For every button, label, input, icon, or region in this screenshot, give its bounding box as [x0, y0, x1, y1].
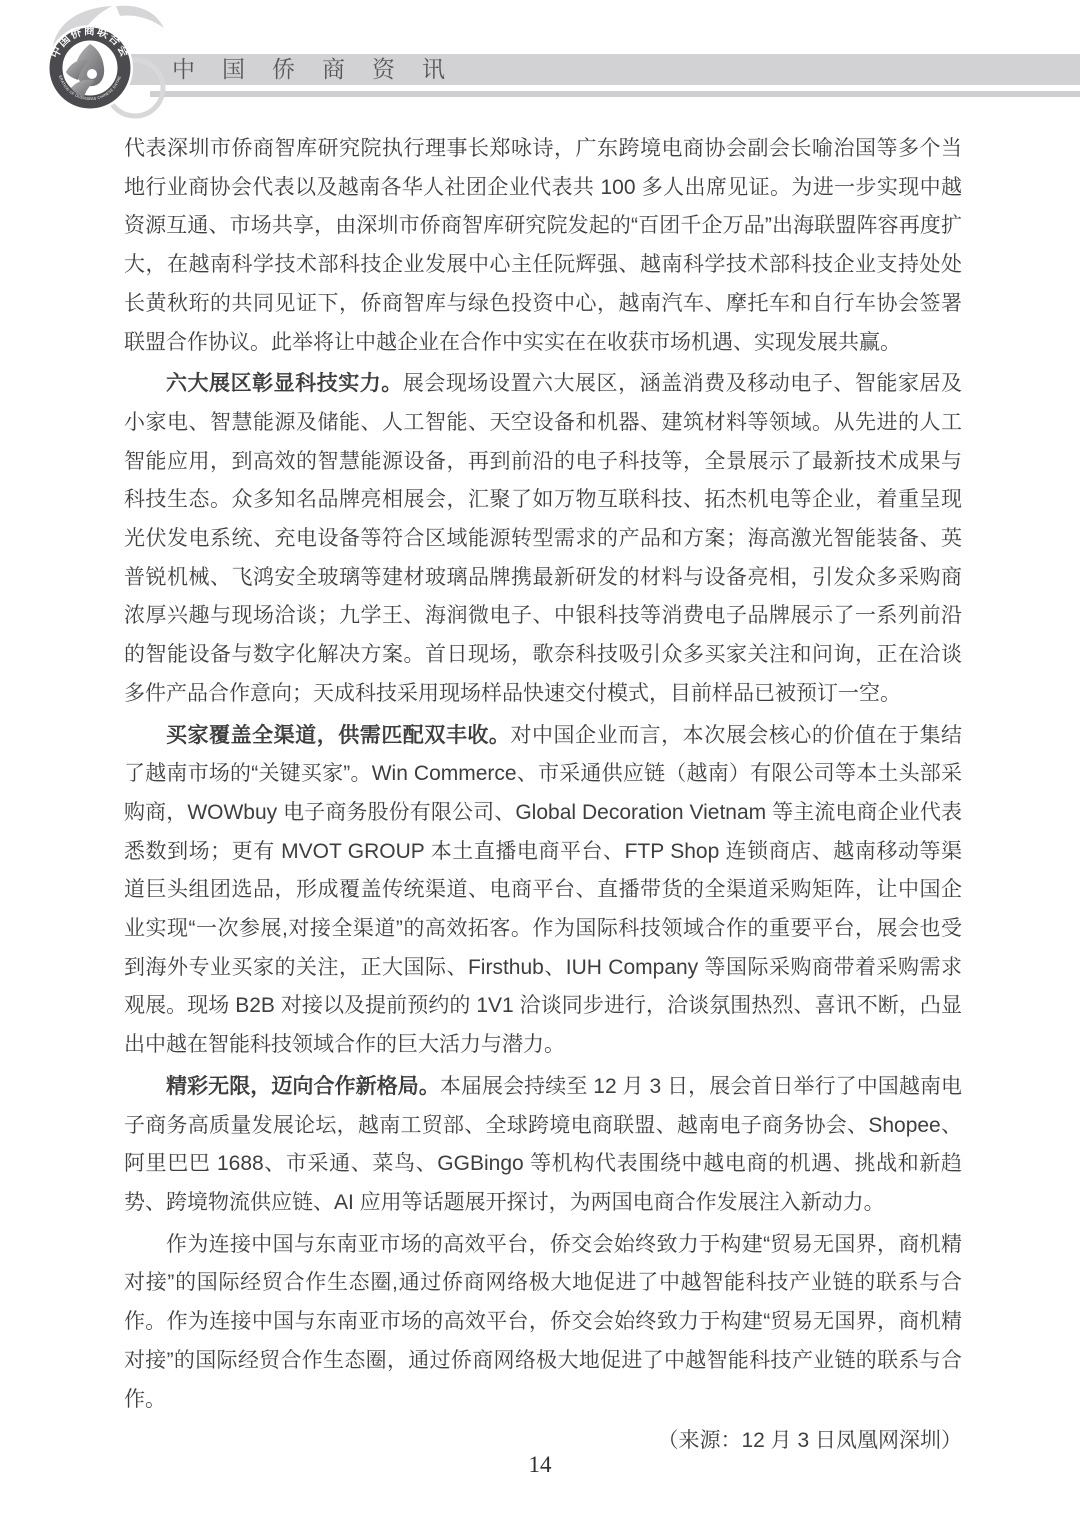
paragraph-text: 作为连接中国与东南亚市场的高效平台，侨交会始终致力于构建“贸易无国界，商机精对接…: [124, 1233, 962, 1411]
header-title: 中国侨商资讯: [172, 54, 472, 85]
paragraph: 买家覆盖全渠道，供需匹配双丰收。对中国企业而言，本次展会核心的价值在于集结了越南…: [124, 717, 962, 1065]
paragraph-text: 代表深圳市侨商智库研究院执行理事长郑咏诗，广东跨境电商协会副会长喻治国等多个当地…: [124, 137, 962, 354]
paragraph-text: 对中国企业而言，本次展会核心的价值在于集结了越南市场的“关键买家”。Win Co…: [124, 724, 962, 1057]
paragraph-lead: 六大展区彰显科技实力。: [166, 372, 403, 395]
paragraph: 代表深圳市侨商智库研究院执行理事长郑咏诗，广东跨境电商协会副会长喻治国等多个当地…: [124, 130, 962, 362]
document-page: 中国侨商资讯 中国侨商联合会 CHINA FEDERATION OF OV: [0, 0, 1080, 1525]
federation-seal-icon: 中国侨商联合会 CHINA FEDERATION OF OVERSEAS CHI…: [38, 2, 190, 134]
paragraph: 精彩无限，迈向合作新格局。本届展会持续至 12 月 3 日，展会首日举行了中国越…: [124, 1068, 962, 1223]
page-number: 14: [0, 1452, 1080, 1478]
header-underline-bar: [150, 91, 1080, 97]
paragraph-text: 展会现场设置六大展区，涵盖消费及移动电子、智能家居及小家电、智慧能源及储能、人工…: [124, 372, 962, 705]
paragraph: 六大展区彰显科技实力。展会现场设置六大展区，涵盖消费及移动电子、智能家居及小家电…: [124, 365, 962, 713]
paragraph-lead: 买家覆盖全渠道，供需匹配双丰收。: [166, 724, 510, 747]
paragraph: 作为连接中国与东南亚市场的高效平台，侨交会始终致力于构建“贸易无国界，商机精对接…: [124, 1226, 962, 1420]
article-body: 代表深圳市侨商智库研究院执行理事长郑咏诗，广东跨境电商协会副会长喻治国等多个当地…: [124, 130, 962, 1464]
paragraph-lead: 精彩无限，迈向合作新格局。: [166, 1075, 440, 1098]
